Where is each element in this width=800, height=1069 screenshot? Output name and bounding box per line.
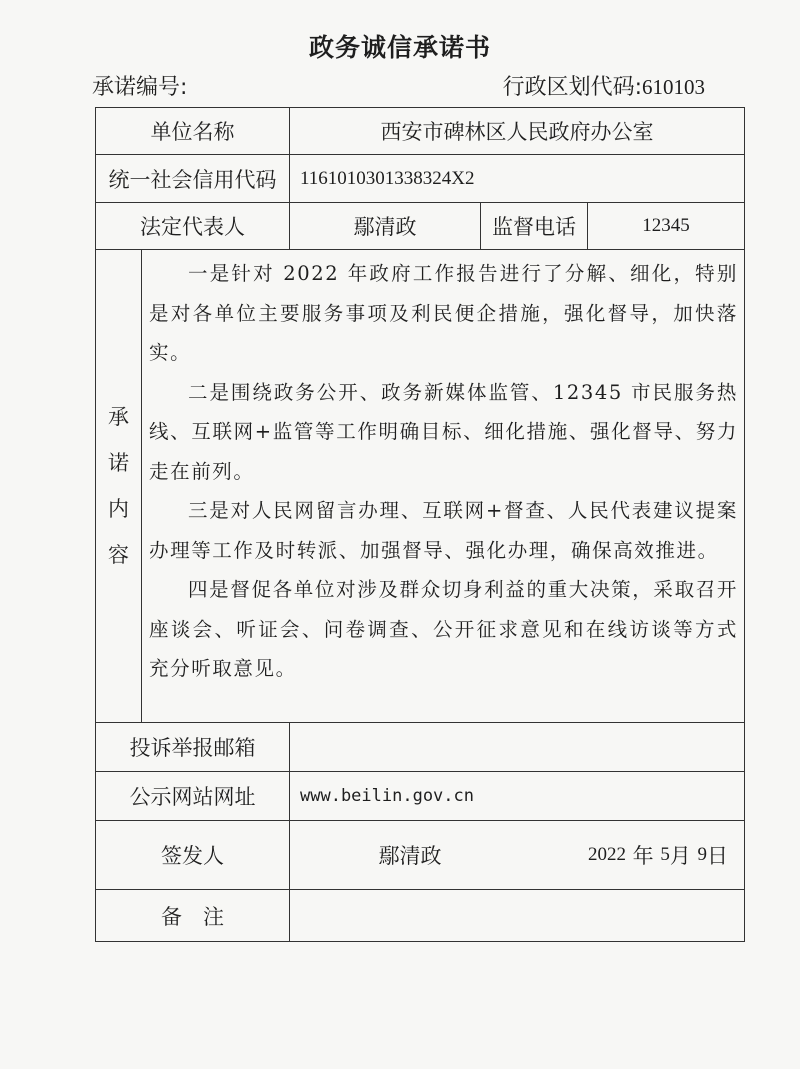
legal-rep-label: 法定代表人 xyxy=(96,203,290,249)
remarks-label: 备 注 xyxy=(96,890,290,941)
remarks-value xyxy=(290,890,744,941)
commitment-label-char: 容 xyxy=(108,532,129,578)
commitment-label-char: 承 xyxy=(108,394,129,440)
commitment-paragraph-2: 二是围绕政务公开、政务新媒体监管、12345 市民服务热线、互联网+监管等工作明… xyxy=(149,373,738,492)
row-website: 公示网站网址 www.beilin.gov.cn xyxy=(96,772,744,821)
row-credit-code: 统一社会信用代码 1161010301338324X2 xyxy=(96,155,744,203)
date-year-unit: 年 xyxy=(633,840,654,870)
signer-label: 签发人 xyxy=(96,821,290,889)
row-remarks: 备 注 xyxy=(96,890,744,941)
admin-code-label: 行政区划代码: xyxy=(503,75,642,100)
commitment-label-char: 内 xyxy=(108,486,129,532)
commitment-label: 承 诺 内 容 xyxy=(96,250,142,722)
commitment-paragraph-3: 三是对人民网留言办理、互联网+督查、人民代表建议提案办理等工作及时转派、加强督导… xyxy=(149,491,738,570)
row-complaint-email: 投诉举报邮箱 xyxy=(96,723,744,772)
row-signer: 签发人 鄢清政 2022 年 5月 9日 xyxy=(96,821,744,890)
date-year: 2022 xyxy=(588,844,626,866)
date-month-unit: 月 xyxy=(670,840,691,870)
date-day-unit: 日 xyxy=(707,840,728,870)
commitment-label-char: 诺 xyxy=(108,440,129,486)
phone-value: 12345 xyxy=(588,203,744,249)
website-label: 公示网站网址 xyxy=(96,772,290,820)
phone-label: 监督电话 xyxy=(481,203,588,249)
complaint-email-label: 投诉举报邮箱 xyxy=(96,723,290,771)
commitment-content: 一是针对 2022 年政府工作报告进行了分解、细化，特别是对各单位主要服务事项及… xyxy=(141,250,744,722)
row-unit-name: 单位名称 西安市碑林区人民政府办公室 xyxy=(96,108,744,155)
credit-code-label: 统一社会信用代码 xyxy=(96,155,290,202)
website-value: www.beilin.gov.cn xyxy=(290,772,744,820)
unit-name-value: 西安市碑林区人民政府办公室 xyxy=(290,108,744,154)
commitment-table: 单位名称 西安市碑林区人民政府办公室 统一社会信用代码 116101030133… xyxy=(95,107,745,942)
date-month: 5 xyxy=(660,844,670,866)
admin-code-value: 610103 xyxy=(642,75,705,99)
commitment-paragraph-1: 一是针对 2022 年政府工作报告进行了分解、细化，特别是对各单位主要服务事项及… xyxy=(149,254,738,373)
commitment-paragraph-4: 四是督促各单位对涉及群众切身利益的重大决策，采取召开座谈会、听证会、问卷调查、公… xyxy=(149,570,738,689)
legal-rep-value: 鄢清政 xyxy=(290,203,481,249)
signer-value: 鄢清政 xyxy=(290,821,530,889)
row-commitment: 承 诺 内 容 一是针对 2022 年政府工作报告进行了分解、细化，特别是对各单… xyxy=(96,250,744,723)
admin-code: 行政区划代码:610103 xyxy=(503,70,705,101)
unit-name-label: 单位名称 xyxy=(96,108,290,154)
page-title: 政务诚信承诺书 xyxy=(0,28,800,64)
row-legal-rep: 法定代表人 鄢清政 监督电话 12345 xyxy=(96,203,744,250)
sign-date: 2022 年 5月 9日 xyxy=(588,821,728,889)
credit-code-value: 1161010301338324X2 xyxy=(290,155,744,202)
commitment-number-label: 承诺编号: xyxy=(92,70,187,101)
date-day: 9 xyxy=(698,844,708,866)
complaint-email-value xyxy=(290,723,744,771)
